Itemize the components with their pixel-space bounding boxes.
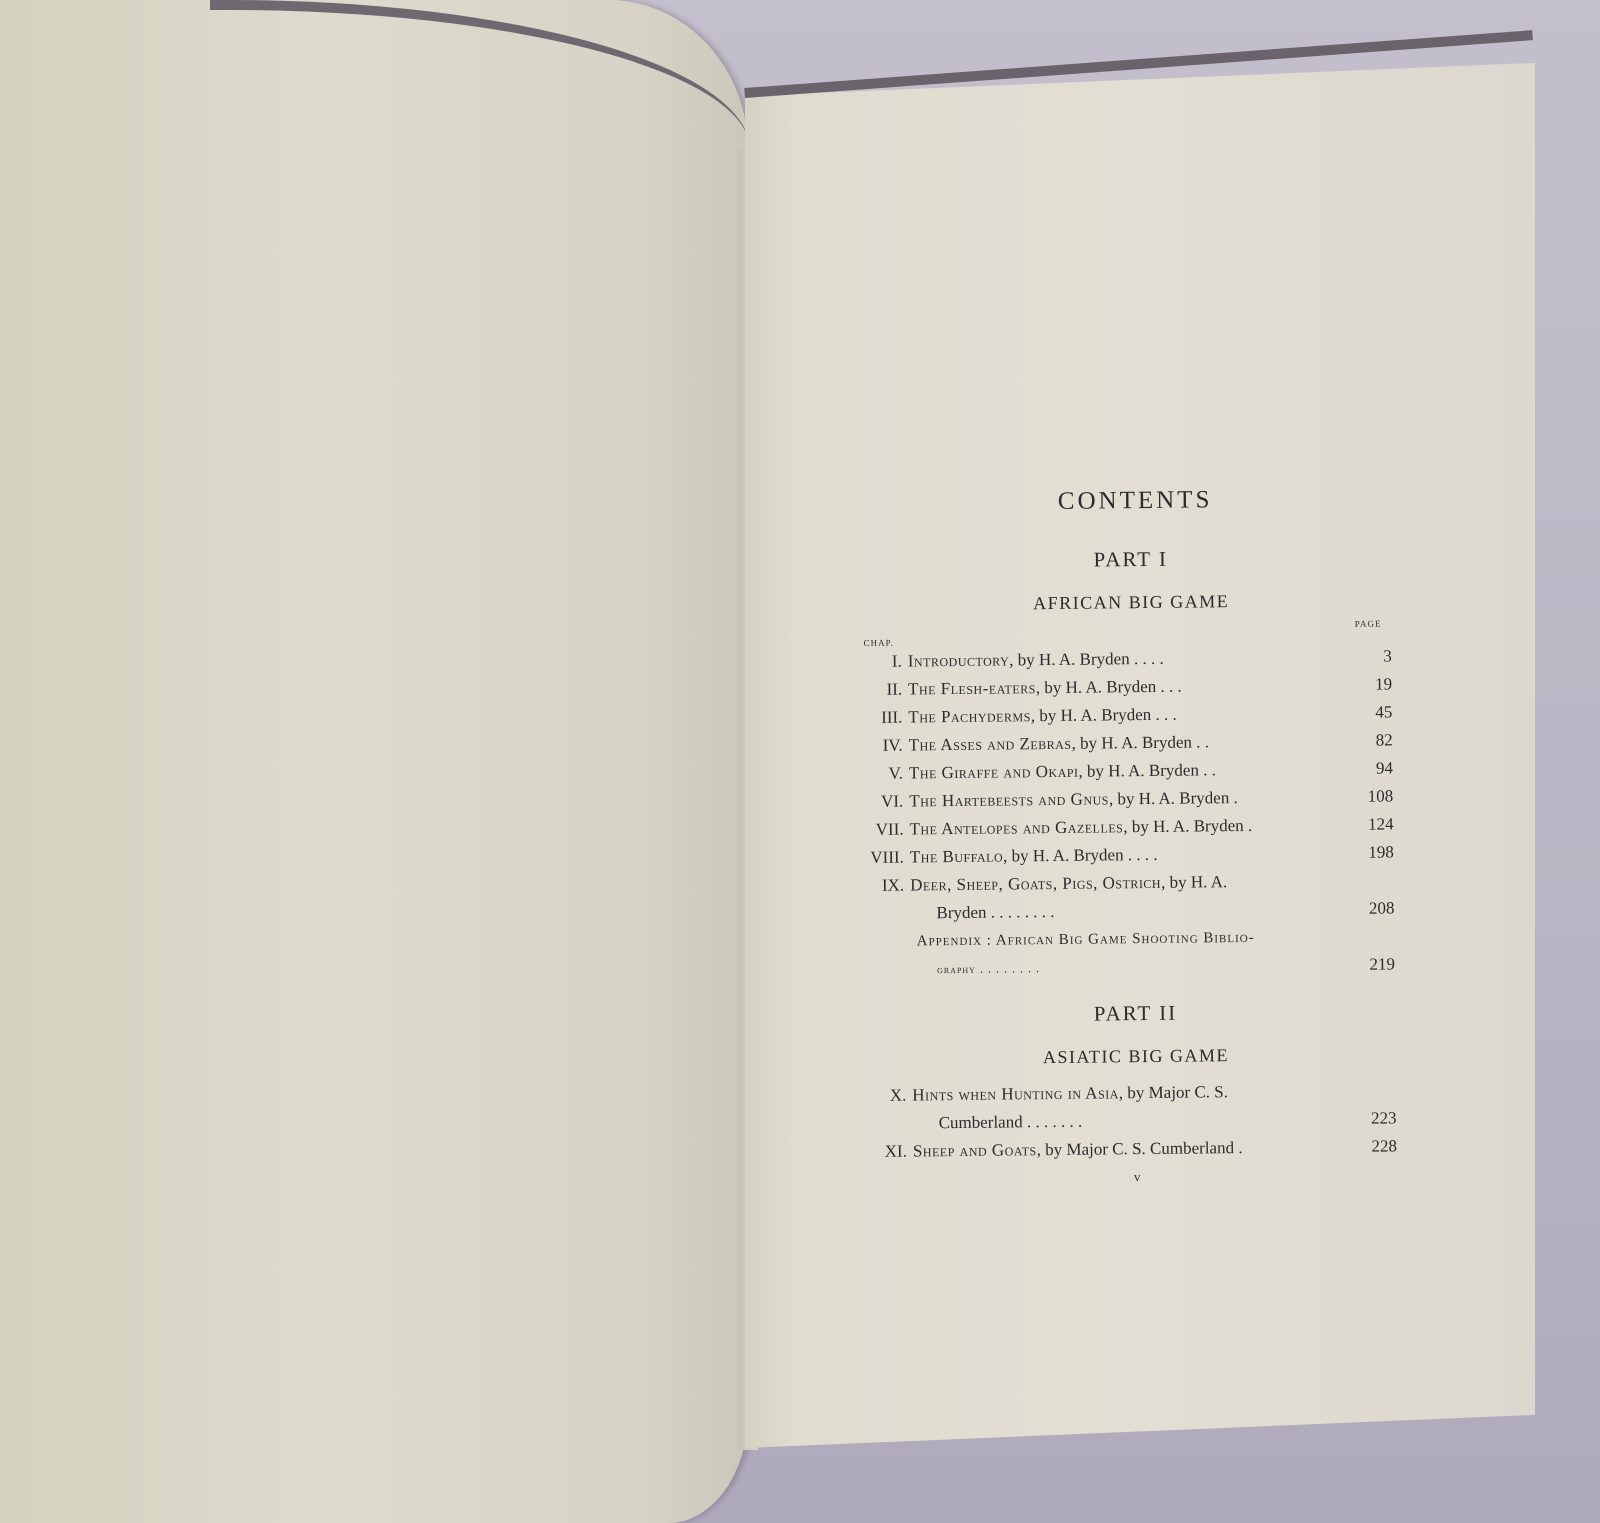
chapter-title: The Buffalo, by H. A. Bryden . . . . xyxy=(910,839,1344,872)
appendix-title: Appendix : African Big Game Shooting Bib… xyxy=(917,923,1345,955)
part-subtitle: ASIATIC BIG GAME xyxy=(866,1043,1406,1070)
chapter-title: The Giraffe and Okapi, by H. A. Bryden .… xyxy=(909,755,1343,788)
left-page-blank xyxy=(0,0,748,1523)
appendix-title-continued: graphy . . . . . . . . xyxy=(937,951,1345,983)
page-number: 3 xyxy=(1342,642,1392,671)
chapter-number: I. xyxy=(862,648,902,676)
chapter-number: II. xyxy=(862,676,902,704)
chapter-title: The Asses and Zebras, by H. A. Bryden . … xyxy=(909,727,1343,760)
chapter-title: Deer, Sheep, Goats, Pigs, Ostrich, by H.… xyxy=(910,867,1344,900)
toc-list-part-1: I. Introductory, by H. A. Bryden . . . .… xyxy=(862,642,1405,984)
chapter-title-continued: Bryden . . . . . . . . xyxy=(936,895,1344,927)
page-number: 124 xyxy=(1343,810,1393,839)
page-title: CONTENTS xyxy=(870,484,1400,518)
chapter-title-continued: Cumberland . . . . . . . xyxy=(938,1105,1346,1137)
chapter-title: The Hartebeests and Gnus, by H. A. Bryde… xyxy=(909,783,1343,816)
page-number: 82 xyxy=(1343,726,1393,755)
part-heading: PART I xyxy=(861,544,1401,575)
chapter-title: The Flesh-eaters, by H. A. Bryden . . . xyxy=(908,671,1342,704)
chapter-number: IX. xyxy=(864,872,904,900)
chapter-title: The Antelopes and Gazelles, by H. A. Bry… xyxy=(909,811,1343,844)
toc-appendix-continuation: graphy . . . . . . . . 219 xyxy=(865,950,1405,984)
toc-list-part-2: X. Hints when Hunting in Asia, by Major … xyxy=(866,1076,1407,1166)
chapter-number: VIII. xyxy=(864,844,904,872)
page-number: 223 xyxy=(1346,1104,1396,1133)
page-number: 219 xyxy=(1345,950,1395,979)
page-number: 198 xyxy=(1344,838,1394,867)
chapter-number: V. xyxy=(863,760,903,788)
chapter-number: VI. xyxy=(863,788,903,816)
chapter-title: Introductory, by H. A. Bryden . . . . xyxy=(908,643,1342,676)
page-number: 45 xyxy=(1342,698,1392,727)
page-number: 228 xyxy=(1347,1132,1397,1161)
chapter-column-label: CHAP. xyxy=(864,638,894,648)
chapter-number: IV. xyxy=(863,732,903,760)
chapter-number: XI. xyxy=(867,1138,907,1166)
chapter-number: X. xyxy=(866,1082,906,1110)
toc-entry: XI. Sheep and Goats, by Major C. S. Cumb… xyxy=(867,1132,1407,1166)
page-number: 94 xyxy=(1343,754,1393,783)
page-number: 108 xyxy=(1343,782,1393,811)
chapter-title: The Pachyderms, by H. A. Bryden . . . xyxy=(908,699,1342,732)
chapter-title: Hints when Hunting in Asia, by Major C. … xyxy=(912,1077,1346,1110)
part-heading: PART II xyxy=(865,998,1405,1029)
contents-page: CONTENTS PART I AFRICAN BIG GAME PAGE CH… xyxy=(860,484,1407,1188)
chapter-number: VII. xyxy=(863,816,903,844)
page-column-label: PAGE xyxy=(1355,619,1382,629)
chapter-number: III. xyxy=(862,704,902,732)
column-headers: PAGE CHAP. xyxy=(861,610,1401,636)
page-number: 19 xyxy=(1342,670,1392,699)
chapter-title: Sheep and Goats, by Major C. S. Cumberla… xyxy=(913,1133,1347,1166)
page-number: 208 xyxy=(1344,894,1394,923)
